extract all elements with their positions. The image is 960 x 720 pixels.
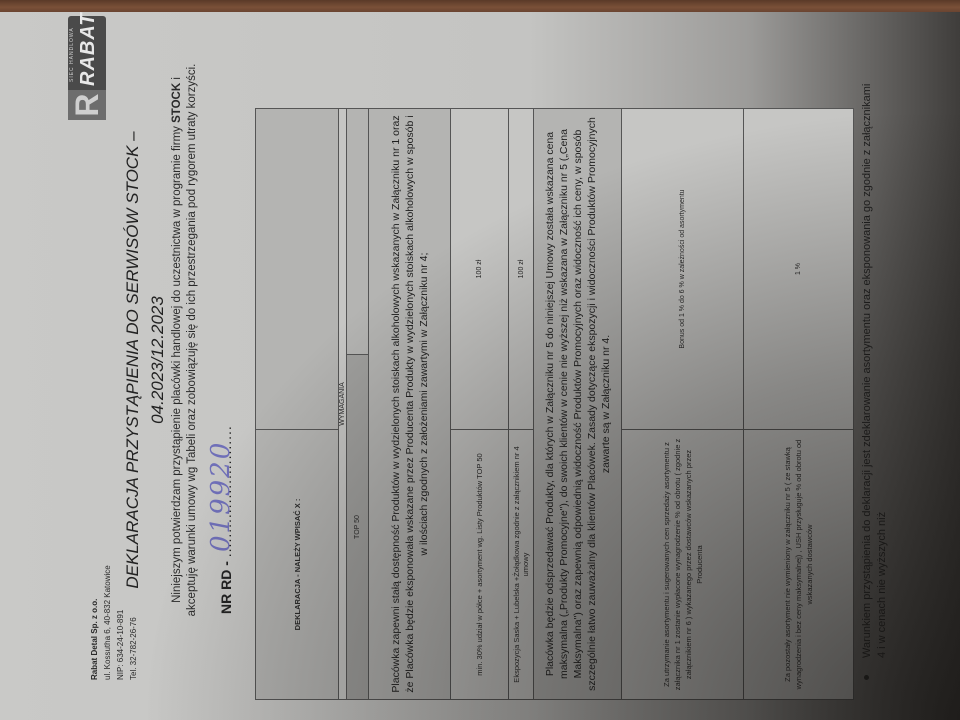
top50-row: TOP 50 xyxy=(347,109,369,700)
document-title: DEKLARACJA PRZYSTĄPIENIA DO SERWISÓW STO… xyxy=(120,0,170,720)
company-address: ul. Kossutha 6, 40-832 Katowice xyxy=(101,565,114,680)
requirements-table: DEKLARACJA - NALEŻY WPISAĆ X : WYMAGANIA… xyxy=(255,108,854,700)
company-name: Rabat Detal Sp. z o.o. xyxy=(88,565,101,680)
requirement-cell: Za utrzymanie asortymentu i sugerowanych… xyxy=(622,430,744,700)
paragraph1-text: Placówka zapewni stałą dostępność Produk… xyxy=(390,115,430,692)
table-row: min. 30% udział w półce + asortyment wg.… xyxy=(451,109,509,700)
rabat-logo: R SIEC HANDLOWA RABAT xyxy=(68,16,106,120)
reward-cell: 1 % xyxy=(744,109,854,430)
requirement-cell: Ekspozycja Saska + Lubelska +Żołądkowa z… xyxy=(509,430,534,700)
declaration-label: DEKLARACJA - NALEŻY WPISAĆ X : xyxy=(293,499,302,631)
paragraph2-cell: Placówka będzie odsprzedawać Produkty, d… xyxy=(534,109,622,700)
top50-label: TOP 50 xyxy=(354,515,361,539)
intro-text-1: Niniejszym potwierdzam przystąpienie pla… xyxy=(171,123,183,603)
requirement-cell: Za pozostały asortyment nie wymieniony w… xyxy=(744,430,854,700)
reward-text: 1 % xyxy=(795,263,802,275)
reward-cell: Bonus od 1 % do 6 % w zależności od asor… xyxy=(622,109,744,430)
reward-text: 100 zł xyxy=(518,260,525,279)
rabat-r-logo-icon: R xyxy=(68,90,106,120)
paragraph1-row: Placówka zapewni stałą dostępność Produk… xyxy=(369,109,451,700)
table-row: Ekspozycja Saska + Lubelska +Żołądkowa z… xyxy=(509,109,534,700)
reward-text: Bonus od 1 % do 6 % w zależności od asor… xyxy=(679,189,686,348)
requirement-text: Ekspozycja Saska + Lubelska +Żołądkowa z… xyxy=(512,446,530,682)
declaration-checkbox-cell[interactable] xyxy=(256,109,339,430)
reward-cell: 100 zł xyxy=(451,109,509,430)
requirement-cell: min. 30% udział w półce + asortyment wg.… xyxy=(451,430,509,700)
requirement-text: Za pozostały asortyment nie wymieniony w… xyxy=(783,440,814,690)
reward-text: 100 zł xyxy=(476,260,483,279)
top50-header: TOP 50 xyxy=(347,355,369,700)
reward-cell: 100 zł xyxy=(509,109,534,430)
intro-bold-stock: STOCK xyxy=(171,83,183,123)
requirements-header-row: WYMAGANIA xyxy=(339,109,347,700)
declaration-document: R SIEC HANDLOWA RABAT Rabat Detal Sp. z … xyxy=(0,0,960,720)
requirement-text: min. 30% udział w półce + asortyment wg.… xyxy=(475,453,484,675)
declaration-label-cell: DEKLARACJA - NALEŻY WPISAĆ X : xyxy=(256,430,339,700)
logo-brand: RABAT xyxy=(77,12,100,86)
declaration-row: DEKLARACJA - NALEŻY WPISAĆ X : xyxy=(256,109,339,700)
paragraph2-row: Placówka będzie odsprzedawać Produkty, d… xyxy=(534,109,622,700)
nr-rd-field: NR RD - ........................... 0199… xyxy=(218,425,234,614)
requirements-header: WYMAGANIA xyxy=(339,109,347,700)
table-row: Za pozostały asortyment nie wymieniony w… xyxy=(744,109,854,700)
requirements-header-label: WYMAGANIA xyxy=(339,382,346,426)
table-row: Za utrzymanie asortymentu i sugerowanych… xyxy=(622,109,744,700)
bullet-icon xyxy=(864,675,869,680)
title-line-2: 04.2023/12.2023 xyxy=(145,0,170,720)
logo-tagline: SIEC HANDLOWA xyxy=(69,27,75,82)
paragraph2-text: Placówka będzie odsprzedawać Produkty, d… xyxy=(544,117,612,691)
title-line-1: DEKLARACJA PRZYSTĄPIENIA DO SERWISÓW STO… xyxy=(120,0,145,720)
nr-rd-handwritten-value[interactable]: 019920 xyxy=(206,441,236,552)
nr-rd-label: NR RD - xyxy=(218,561,234,614)
footer-note-text: Warunkiem przystąpienia do deklaracji je… xyxy=(860,80,890,658)
paragraph1-cell: Placówka zapewni stałą dostępność Produk… xyxy=(369,109,451,700)
intro-paragraph: Niniejszym potwierdzam przystąpienie pla… xyxy=(170,60,200,620)
top50-empty-cell xyxy=(347,109,369,355)
requirement-text: Za utrzymanie asortymentu i sugerowanych… xyxy=(662,439,704,690)
footer-note: Warunkiem przystąpienia do deklaracji je… xyxy=(860,80,890,680)
